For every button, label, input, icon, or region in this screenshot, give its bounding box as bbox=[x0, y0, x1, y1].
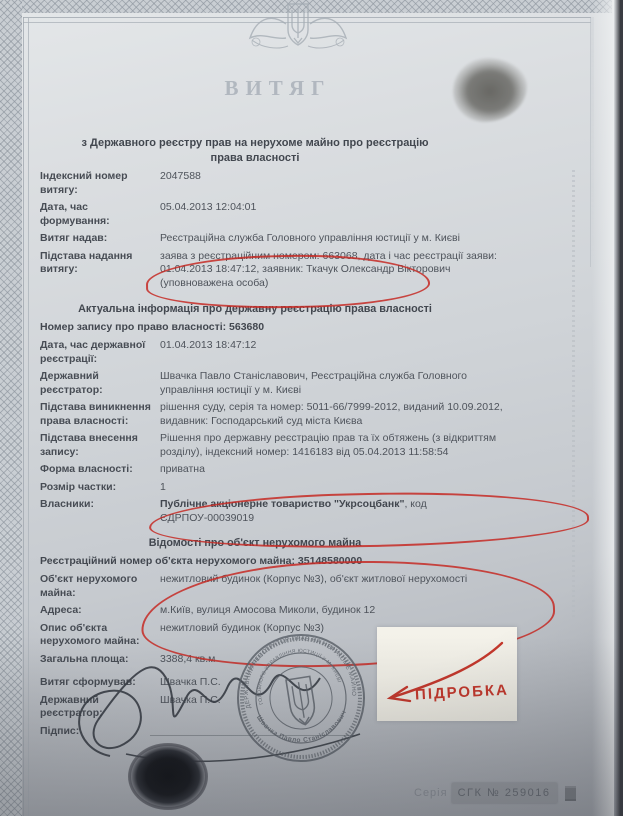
field-label: Форма власності: bbox=[40, 463, 158, 477]
field-label: Витяг надав: bbox=[40, 232, 158, 246]
field-label: Дата, час формування: bbox=[40, 201, 158, 228]
field-label: Підстава надання витягу: bbox=[40, 250, 158, 291]
field-row: Дата, час формування:05.04.2013 12:04:01 bbox=[40, 201, 560, 228]
field-value: Рішення про державну реєстрацію прав та … bbox=[160, 432, 505, 459]
black-seal-stamp bbox=[128, 743, 208, 810]
forgery-note: ПІДРОБКА bbox=[377, 627, 517, 721]
serial-band: СГК № 259016 bbox=[452, 783, 557, 803]
field-row: Підстава внесення запису:Рішення про дер… bbox=[40, 432, 560, 459]
field-label: Індексний номер витягу: bbox=[40, 170, 158, 197]
field-label: Підстава виникнення права власності: bbox=[40, 401, 158, 428]
field-label: Підстава внесення запису: bbox=[40, 432, 158, 459]
title-line1: з Державного реєстру прав на нерухоме ма… bbox=[40, 136, 470, 151]
field-value: приватна bbox=[160, 463, 505, 477]
field-value: Швачка Павло Станіславович, Реєстраційна… bbox=[160, 370, 505, 397]
document-photo: ВИТЯГ з Державного реєстру прав на нерух… bbox=[0, 0, 623, 816]
field-label: Дата, час державної реєстрації: bbox=[40, 339, 158, 366]
field-value: 2047588 bbox=[160, 170, 505, 197]
title-line2: права власності bbox=[40, 151, 470, 166]
field-label: Об'єкт нерухомого майна: bbox=[40, 573, 158, 600]
document-title: з Державного реєстру прав на нерухоме ма… bbox=[40, 136, 470, 166]
field-value: 1 bbox=[160, 481, 505, 495]
serial-prefix: Серія bbox=[414, 787, 448, 799]
field-label: Власники: bbox=[40, 498, 158, 525]
stamp-outer-text: ДЕРЖАВНИЙ РЕЄСТРАТОР ПРАВ НА НЕРУХОМЕ МА… bbox=[236, 627, 359, 713]
svg-text:ДЕРЖАВНИЙ РЕЄСТРАТОР ПРАВ НА Н: ДЕРЖАВНИЙ РЕЄСТРАТОР ПРАВ НА НЕРУХОМЕ МА… bbox=[236, 627, 359, 713]
serial-emblem-icon bbox=[565, 786, 576, 801]
serial-number: Серія СГК № 259016 bbox=[414, 783, 576, 803]
field-row: Розмір частки:1 bbox=[40, 481, 560, 495]
field-label: Адреса: bbox=[40, 604, 158, 618]
red-arrow-icon bbox=[377, 627, 517, 721]
field-row: Державний реєстратор:Швачка Павло Станіс… bbox=[40, 370, 560, 397]
field-value: 05.04.2013 12:04:01 bbox=[160, 201, 505, 228]
field-value: 01.04.2013 18:47:12 bbox=[160, 339, 505, 366]
photo-edge-shadow bbox=[614, 0, 623, 816]
field-label: Державний реєстратор: bbox=[40, 370, 158, 397]
field-row: Витяг надав:Реєстраційна служба Головног… bbox=[40, 232, 560, 246]
registrar-stamp: ДЕРЖАВНИЙ РЕЄСТРАТОР ПРАВ НА НЕРУХОМЕ МА… bbox=[225, 622, 376, 773]
field-row: Дата, час державної реєстрації:01.04.201… bbox=[40, 339, 560, 366]
field-row: Підстава виникнення права власності:ріше… bbox=[40, 401, 560, 428]
field-row: Індексний номер витягу:2047588 bbox=[40, 170, 560, 197]
field-row: Форма власності:приватна bbox=[40, 463, 560, 477]
field-value: Реєстраційна служба Головного управління… bbox=[160, 232, 505, 246]
field-value: рішення суду, серія та номер: 5011-66/79… bbox=[160, 401, 505, 428]
field-label: Розмір частки: bbox=[40, 481, 158, 495]
record-number-line: Номер запису про право власності: 563680 bbox=[40, 321, 560, 335]
